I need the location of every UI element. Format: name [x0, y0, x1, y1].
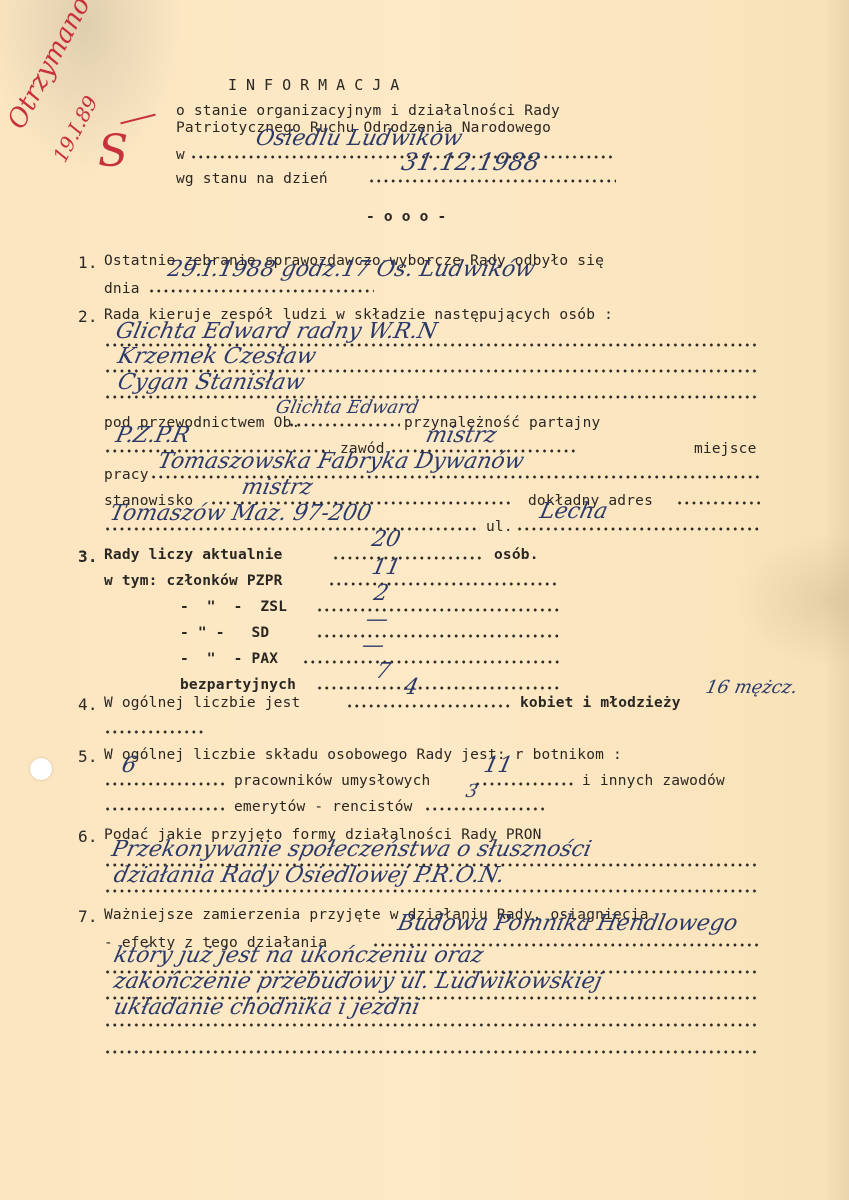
- section-7-answer-2[interactable]: który już jest na ukończeniu oraz: [111, 944, 485, 968]
- section-7-answer-1[interactable]: Budowa Pomnika Hendlowego: [395, 912, 739, 936]
- section-6-answer-2[interactable]: działania Rady Osiedlowej P.R.O.N.: [111, 864, 506, 888]
- section-7-number: 7.: [78, 908, 98, 926]
- section-6-line-2-dots: [104, 888, 760, 894]
- zsl-label: - " - ZSL: [180, 598, 287, 616]
- section-7-line-4-dots: [104, 1022, 760, 1028]
- zsl-dots: [316, 607, 560, 613]
- section-1-field-dots: [148, 288, 374, 294]
- section-1-dnia-value[interactable]: 29.I.1988 godz.17 Os. Ludwików: [165, 258, 536, 282]
- pzpr-dots: [328, 581, 560, 587]
- section-6-number: 6.: [78, 828, 98, 846]
- workplace-value[interactable]: Tomaszowska Fabryka Dywanów: [155, 450, 526, 474]
- section-4-text-a: W ogólnej liczbie jest: [104, 694, 300, 712]
- section-6-answer-1[interactable]: Przekonywanie społeczeństwa o słuszności: [109, 838, 593, 862]
- section-7-answer-4[interactable]: układanie chodnika i jezdni: [111, 996, 421, 1020]
- section-5-number: 5.: [78, 748, 98, 766]
- chair-value[interactable]: Glichta Edward: [273, 396, 420, 420]
- member-3[interactable]: Cygan Stanisław: [115, 371, 306, 395]
- total-unit: osób.: [494, 546, 539, 564]
- white-collar-value[interactable]: 11: [481, 754, 514, 778]
- workplace-dots: [150, 474, 760, 480]
- section-7-answer-3[interactable]: zakończenie przebudowy ul. Ludwikowskiej: [111, 970, 604, 994]
- section-1-dnia-label: dnia: [104, 280, 140, 298]
- workplace-label-a: miejsce: [694, 440, 757, 458]
- chair-dots: [288, 422, 400, 428]
- separator: - o o o -: [366, 208, 446, 226]
- section-5-text: W ogólnej liczbie składu osobowego Rady …: [104, 746, 622, 764]
- profession-value[interactable]: mistrz: [423, 424, 498, 448]
- member-2[interactable]: Krzemek Czesław: [115, 345, 318, 369]
- total-value[interactable]: 20: [369, 528, 402, 552]
- member-1[interactable]: Glichta Edward radny W.R.N: [113, 320, 439, 344]
- punch-hole: [30, 758, 52, 780]
- nonparty-dots: [316, 685, 560, 691]
- pzpr-label: w tym: członków PZPR: [104, 572, 283, 590]
- youth-value[interactable]: 16 mężcz.: [703, 676, 799, 700]
- signature: S: [98, 126, 128, 177]
- retirees-dots: [424, 806, 544, 812]
- pax-dots: [302, 659, 560, 665]
- white-collar-dots: [474, 781, 574, 787]
- section-7-line-5-dots: [104, 1049, 760, 1055]
- other-professions-label: i innych zawodów: [582, 772, 725, 790]
- pzpr-value[interactable]: 11: [369, 556, 402, 580]
- sd-dots: [316, 633, 560, 639]
- section-1-number: 1.: [78, 254, 98, 272]
- white-collar-label: pracowników umysłowych: [234, 772, 430, 790]
- section-2-number: 2.: [78, 308, 98, 326]
- pax-label: - " - PAX: [180, 650, 278, 668]
- address-value[interactable]: Tomaszów Maz. 97-200: [107, 502, 373, 526]
- street-label: ul.: [486, 518, 513, 536]
- date-value[interactable]: 31.12.1988: [399, 150, 542, 174]
- address-dots-a: [676, 500, 760, 506]
- party-value[interactable]: P.Z.P.R: [113, 424, 191, 448]
- document-title: INFORMACJA: [228, 76, 408, 94]
- address-dots-b: [104, 526, 480, 532]
- total-dots: [332, 555, 482, 561]
- women-dots: [346, 703, 510, 709]
- section-4-number: 4.: [78, 696, 98, 714]
- workplace-label-b: pracy: [104, 466, 149, 484]
- section-3-number: 3.: [78, 548, 98, 566]
- street-value[interactable]: Lecha: [537, 500, 609, 524]
- workers-dots: [104, 781, 224, 787]
- sd-label: - " - SD: [180, 624, 269, 642]
- retirees-leading-dots: [104, 806, 224, 812]
- subtitle-line-1: o stanie organizacyjnym i działalności R…: [176, 102, 560, 120]
- retirees-label: emerytów - rencistów: [234, 798, 413, 816]
- position-value[interactable]: mistrz: [239, 476, 314, 500]
- section-4-text-b: kobiet i młodzieży: [520, 694, 681, 712]
- date-label: wg stanu na dzień: [176, 170, 328, 188]
- youth-dots: [104, 729, 204, 735]
- location-label: w: [176, 146, 185, 164]
- street-dots: [516, 526, 760, 532]
- nonparty-label: bezpartyjnych: [180, 676, 296, 694]
- date-field-dots: [368, 178, 616, 184]
- section-3-text: Rady liczy aktualnie: [104, 546, 283, 564]
